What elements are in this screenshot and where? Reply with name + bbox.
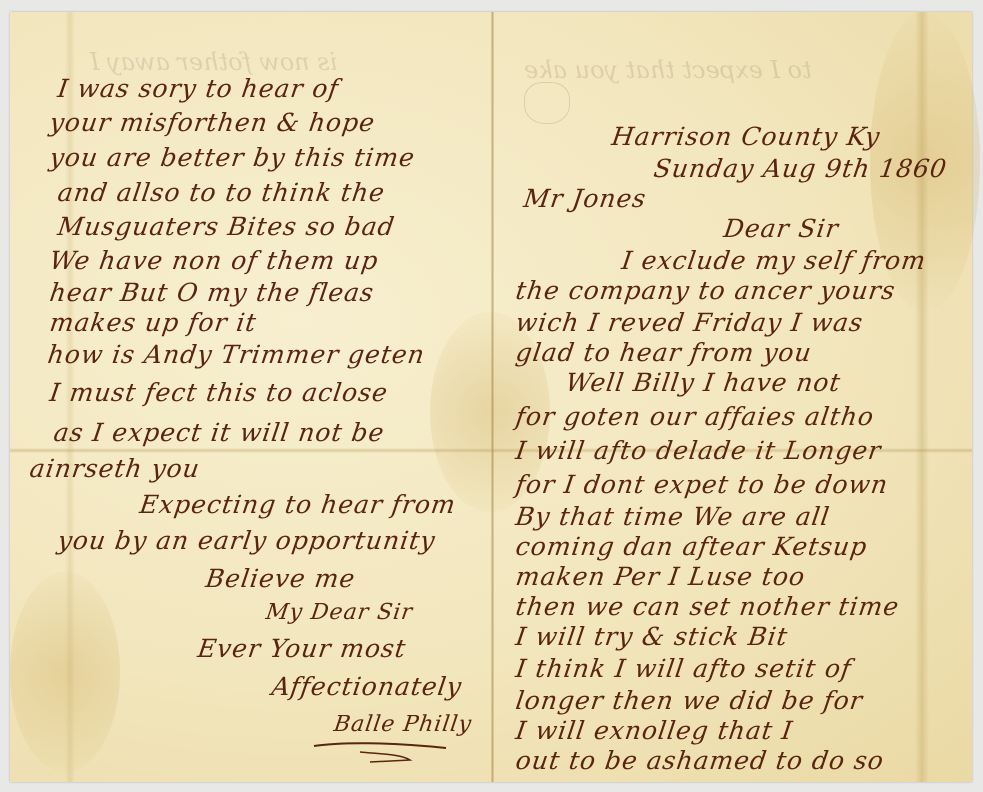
letter-line: We have non of them up <box>48 246 380 275</box>
letter-line: out to be ashamed to do so <box>514 746 886 775</box>
letter-line: Believe me <box>204 564 357 593</box>
letter-line: for I dont expet to be down <box>514 470 890 499</box>
letter-line: wich I reved Friday I was <box>514 308 865 337</box>
letter-line: I will try & stick Bit <box>514 622 790 651</box>
letter-line: I must fect this to aclose <box>48 378 390 407</box>
letter-line: I will afto delade it Longer <box>514 436 883 465</box>
letter-line: Expecting to hear from <box>138 490 458 519</box>
letter-line: for goten our affaies altho <box>514 402 876 431</box>
letter-line: then we can set nother time <box>514 592 901 621</box>
letter-line: Musguaters Bites so bad <box>56 212 397 241</box>
letter-line: coming dan aftear Ketsup <box>514 532 869 561</box>
letter-line: longer then we did be for <box>514 686 865 715</box>
letter-line: I will exnolleg that I <box>514 716 795 745</box>
closing-line: Ever Your most <box>196 634 408 663</box>
letter-line: I think I will afto setit of <box>514 654 854 683</box>
letter-line: how is Andy Trimmer geten <box>46 340 427 369</box>
letter-line: you are better by this time <box>48 143 417 172</box>
letter-line: I exclude my self from <box>620 246 928 275</box>
letter-line: your misforthen & hope <box>48 108 377 137</box>
letter-line: glad to hear from you <box>514 338 814 367</box>
signature: Balle Philly <box>332 712 473 737</box>
embossed-stamp-icon <box>524 82 570 124</box>
letter-line: maken Per I Luse too <box>514 562 807 591</box>
left-page: is now fother away I I was sory to hear … <box>10 12 491 782</box>
letter-date: Sunday Aug 9th 1860 <box>652 154 949 183</box>
letter-line: ainrseth you <box>28 454 202 483</box>
signature-flourish-icon <box>310 740 450 764</box>
letter-line: makes up for it <box>48 308 259 337</box>
letter-line: Well Billy I have not <box>564 368 843 397</box>
closing-line: My Dear Sir <box>264 600 414 625</box>
letter-line: hear But O my the fleas <box>48 278 376 307</box>
letter-sheet: is now fother away I I was sory to hear … <box>10 12 972 782</box>
salutation: Dear Sir <box>722 214 841 243</box>
letter-line: By that time We are all <box>514 502 832 531</box>
bleed-through-text: is now fother away I <box>90 48 337 76</box>
bleed-through-text: to I expect that you ake <box>524 56 812 84</box>
closing-line: Affectionately <box>270 672 464 701</box>
letter-line: as I expect it will not be <box>52 418 387 447</box>
letter-place: Harrison County Ky <box>610 122 882 151</box>
letter-line: the company to ancer yours <box>514 276 898 305</box>
right-page: to I expect that you ake Harrison County… <box>494 12 972 782</box>
letter-line: I was sory to hear of <box>56 74 341 103</box>
salutation-name: Mr Jones <box>522 184 648 213</box>
letter-line: you by an early opportunity <box>56 526 438 555</box>
letter-line: and allso to to think the <box>56 178 387 207</box>
